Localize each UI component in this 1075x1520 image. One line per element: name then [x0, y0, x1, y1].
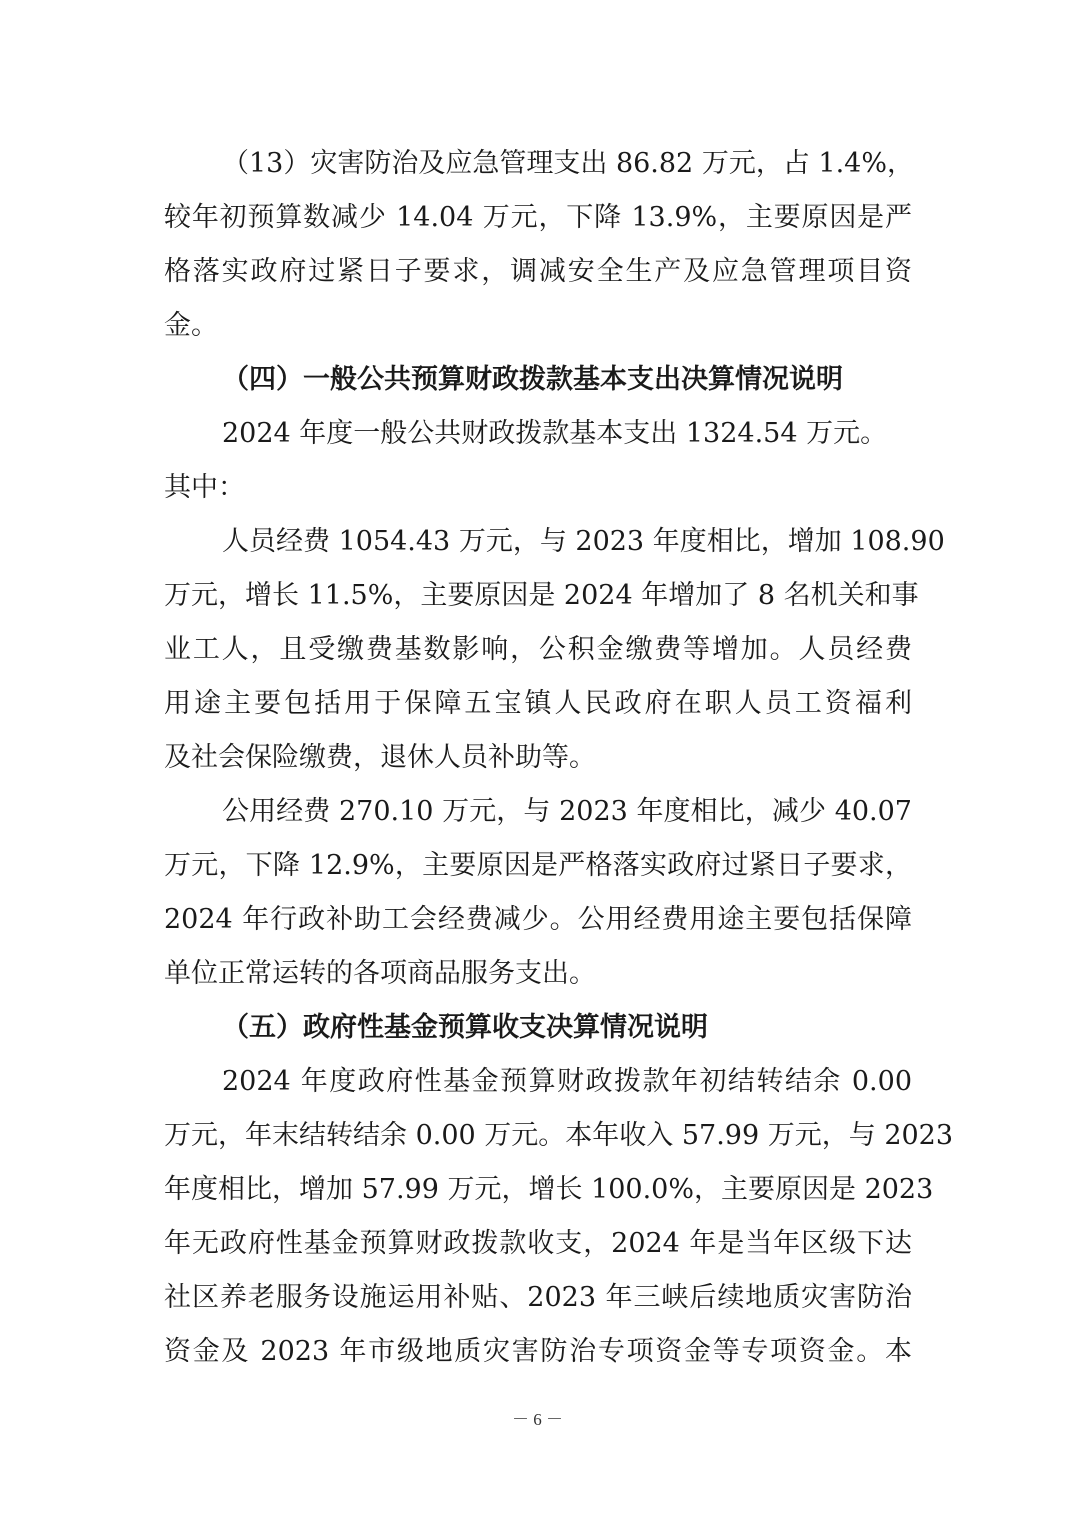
paragraph-13-line-2: 较年初预算数减少 14.04 万元，下降 13.9%，主要原因是严 [164, 200, 912, 236]
personnel-line-2: 万元，增长 11.5%，主要原因是 2024 年增加了 8 名机关和事 [164, 578, 912, 614]
gov-fund-line-4: 年无政府性基金预算财政拨款收支，2024 年是当年区级下达 [164, 1226, 912, 1262]
basic-total-line-2: 其中： [164, 470, 912, 506]
public-line-1: 公用经费 270.10 万元，与 2023 年度相比，减少 40.07 [222, 794, 912, 830]
basic-total-line-1: 2024 年度一般公共财政拨款基本支出 1324.54 万元。 [222, 416, 912, 452]
gov-fund-line-2: 万元，年末结转结余 0.00 万元。本年收入 57.99 万元，与 2023 [164, 1118, 912, 1154]
paragraph-13-line-4: 金。 [164, 308, 912, 344]
gov-fund-line-3: 年度相比，增加 57.99 万元，增长 100.0%，主要原因是 2023 [164, 1172, 912, 1208]
section-heading-5: （五）政府性基金预算收支决算情况说明 [222, 1010, 708, 1046]
personnel-line-3: 业工人，且受缴费基数影响，公积金缴费等增加。人员经费 [164, 632, 912, 668]
paragraph-13-line-3: 格落实政府过紧日子要求，调减安全生产及应急管理项目资 [164, 254, 912, 290]
document-page: （13）灾害防治及应急管理支出 86.82 万元，占 1.4%， 较年初预算数减… [0, 0, 1075, 1520]
section-heading-4: （四）一般公共预算财政拨款基本支出决算情况说明 [222, 362, 843, 398]
public-line-4: 单位正常运转的各项商品服务支出。 [164, 956, 912, 992]
personnel-line-5: 及社会保险缴费，退休人员补助等。 [164, 740, 912, 776]
page-number: － 6 － [0, 1405, 1075, 1430]
public-line-3: 2024 年行政补助工会经费减少。公用经费用途主要包括保障 [164, 902, 912, 938]
personnel-line-1: 人员经费 1054.43 万元，与 2023 年度相比，增加 108.90 [222, 524, 912, 560]
public-line-2: 万元，下降 12.9%，主要原因是严格落实政府过紧日子要求， [164, 848, 912, 884]
gov-fund-line-1: 2024 年度政府性基金预算财政拨款年初结转结余 0.00 [222, 1064, 912, 1100]
paragraph-13-line-1: （13）灾害防治及应急管理支出 86.82 万元，占 1.4%， [222, 146, 912, 182]
gov-fund-line-6: 资金及 2023 年市级地质灾害防治专项资金等专项资金。本 [164, 1334, 912, 1370]
personnel-line-4: 用途主要包括用于保障五宝镇人民政府在职人员工资福利 [164, 686, 912, 722]
gov-fund-line-5: 社区养老服务设施运用补贴、2023 年三峡后续地质灾害防治 [164, 1280, 912, 1316]
